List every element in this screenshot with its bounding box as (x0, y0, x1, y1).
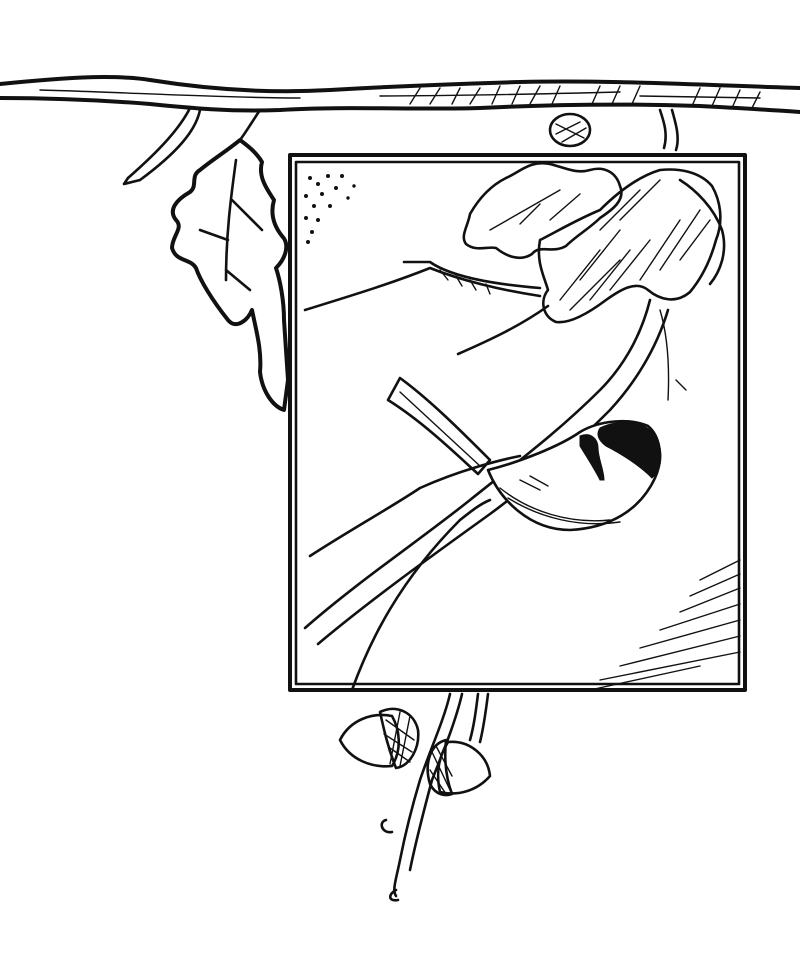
framed-panel (290, 155, 745, 690)
oak-branch (0, 77, 800, 184)
chickadee (388, 378, 661, 530)
acorns (340, 694, 490, 900)
oak-leaf (172, 140, 288, 410)
illustration (0, 0, 800, 954)
